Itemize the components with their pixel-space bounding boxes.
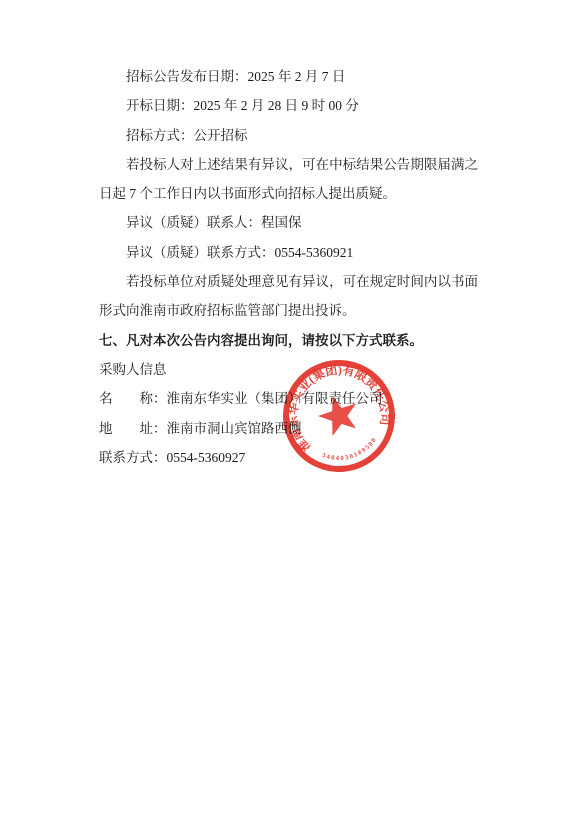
paragraph-bidding-method: 招标方式：公开招标 [99,121,478,150]
document-page: 招标公告发布日期：2025 年 2 月 7 日 开标日期：2025 年 2 月 … [0,0,580,816]
paragraph-objection-contact-number: 异议（质疑）联系方式：0554-5360921 [99,238,478,267]
paragraph-objection-contact-person: 异议（质疑）联系人：程国保 [99,208,478,237]
paragraph-objection-procedure: 若投标人对上述结果有异议，可在中标结果公告期限届满之日起 7 个工作日内以书面形… [99,150,478,209]
svg-text:3404030189508: 3404030189508 [319,434,382,469]
paragraph-announcement-date: 招标公告发布日期：2025 年 2 月 7 日 [99,62,478,91]
paragraph-bid-opening-date: 开标日期：2025 年 2 月 28 日 9 时 00 分 [99,91,478,120]
seal-serial-number: 3404030189508 [319,434,382,469]
section-heading-contact: 七、凡对本次公告内容提出询问，请按以下方式联系。 [99,326,478,355]
paragraph-complaint-procedure: 若投标单位对质疑处理意见有异议，可在规定时间内以书面形式向淮南市政府招标监管部门… [99,267,478,326]
official-company-seal: 淮南东华实业(集团)有限责任公司 3404030189508 [277,354,401,478]
seal-star-icon [314,390,364,438]
